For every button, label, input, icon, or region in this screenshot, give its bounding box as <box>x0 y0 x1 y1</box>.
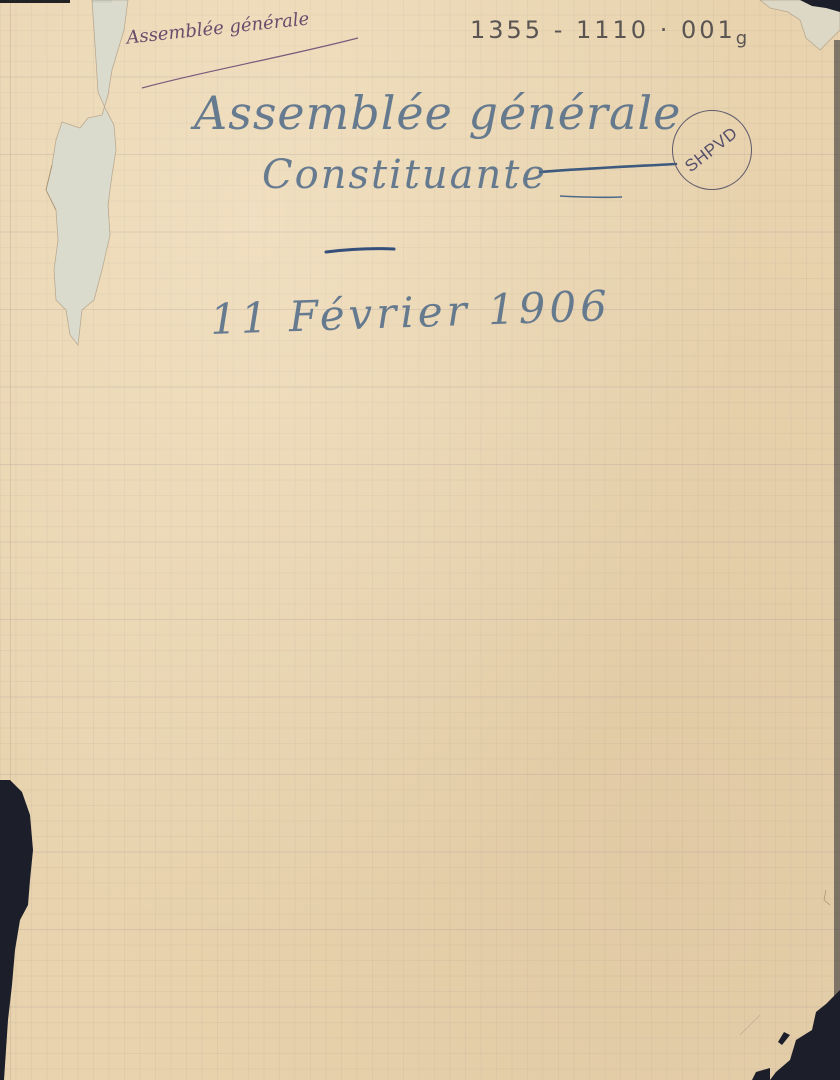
torn-hole-bottom-right <box>770 990 840 1080</box>
archive-reference-number: 1355 - 1110 · 001 <box>470 16 736 44</box>
blue-strike-line <box>540 164 676 172</box>
title-line-2: Constituante <box>262 152 547 198</box>
torn-hole-bottom-left <box>0 780 33 1080</box>
stamp-text: SHPVD <box>682 123 742 176</box>
torn-strip-left <box>46 0 128 345</box>
shpvd-stamp: SHPVD <box>672 110 752 190</box>
separator-dash <box>326 249 394 252</box>
violet-underline <box>142 38 358 88</box>
title-line-1: Assemblée générale <box>194 86 681 140</box>
archive-reference: 1355 - 1110 · 001g <box>470 16 747 49</box>
document-page: Assemblée générale 1355 - 1110 · 001g As… <box>0 0 840 1080</box>
archive-reference-suffix: g <box>736 28 747 49</box>
